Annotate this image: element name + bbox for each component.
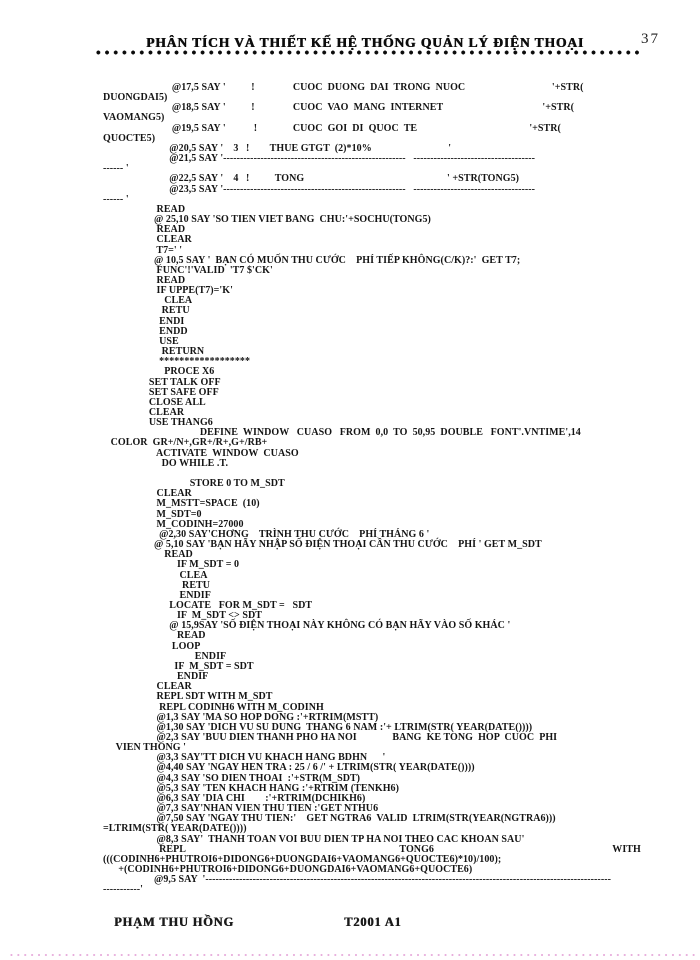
footer-class-id: T2001 A1: [344, 915, 401, 930]
page-title: PHÂN TÍCH VÀ THIẾT KẾ HỆ THỐNG QUẢN LÝ Đ…: [146, 35, 606, 51]
footer-author-name: PHẠM THU HỒNG: [114, 915, 234, 930]
code-listing: @17,5 SAY ' ! CUOC DUONG DAI TRONG NUOC …: [103, 83, 641, 896]
page-number: 37: [641, 31, 660, 48]
bottom-dotted-rule: [8, 953, 696, 957]
scanned-document-page: PHÂN TÍCH VÀ THIẾT KẾ HỆ THỐNG QUẢN LÝ Đ…: [0, 0, 700, 960]
